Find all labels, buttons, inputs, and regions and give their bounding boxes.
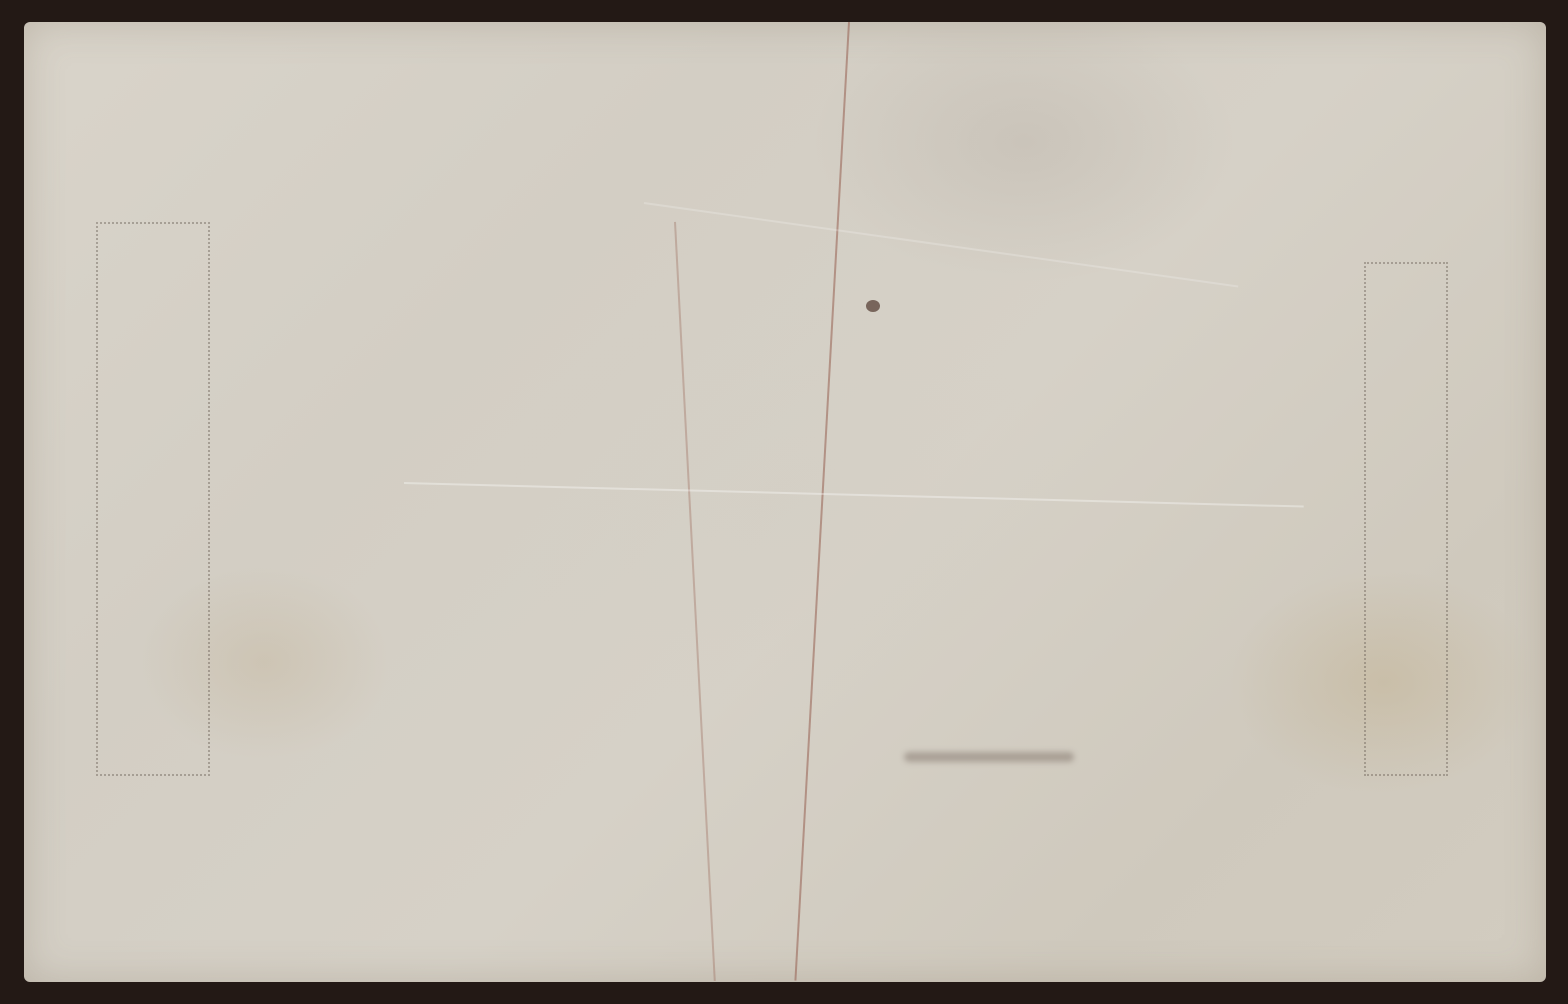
diagonal-crease — [644, 202, 1238, 287]
vertical-fold-line — [794, 22, 850, 981]
secondary-fold-line — [674, 222, 716, 981]
ink-spot — [866, 300, 880, 312]
left-border-frame-show-through — [96, 222, 210, 776]
horizontal-crease — [404, 482, 1304, 508]
smudge-mark — [904, 752, 1074, 762]
right-border-frame-show-through — [1364, 262, 1448, 776]
banknote-reverse — [24, 22, 1546, 982]
